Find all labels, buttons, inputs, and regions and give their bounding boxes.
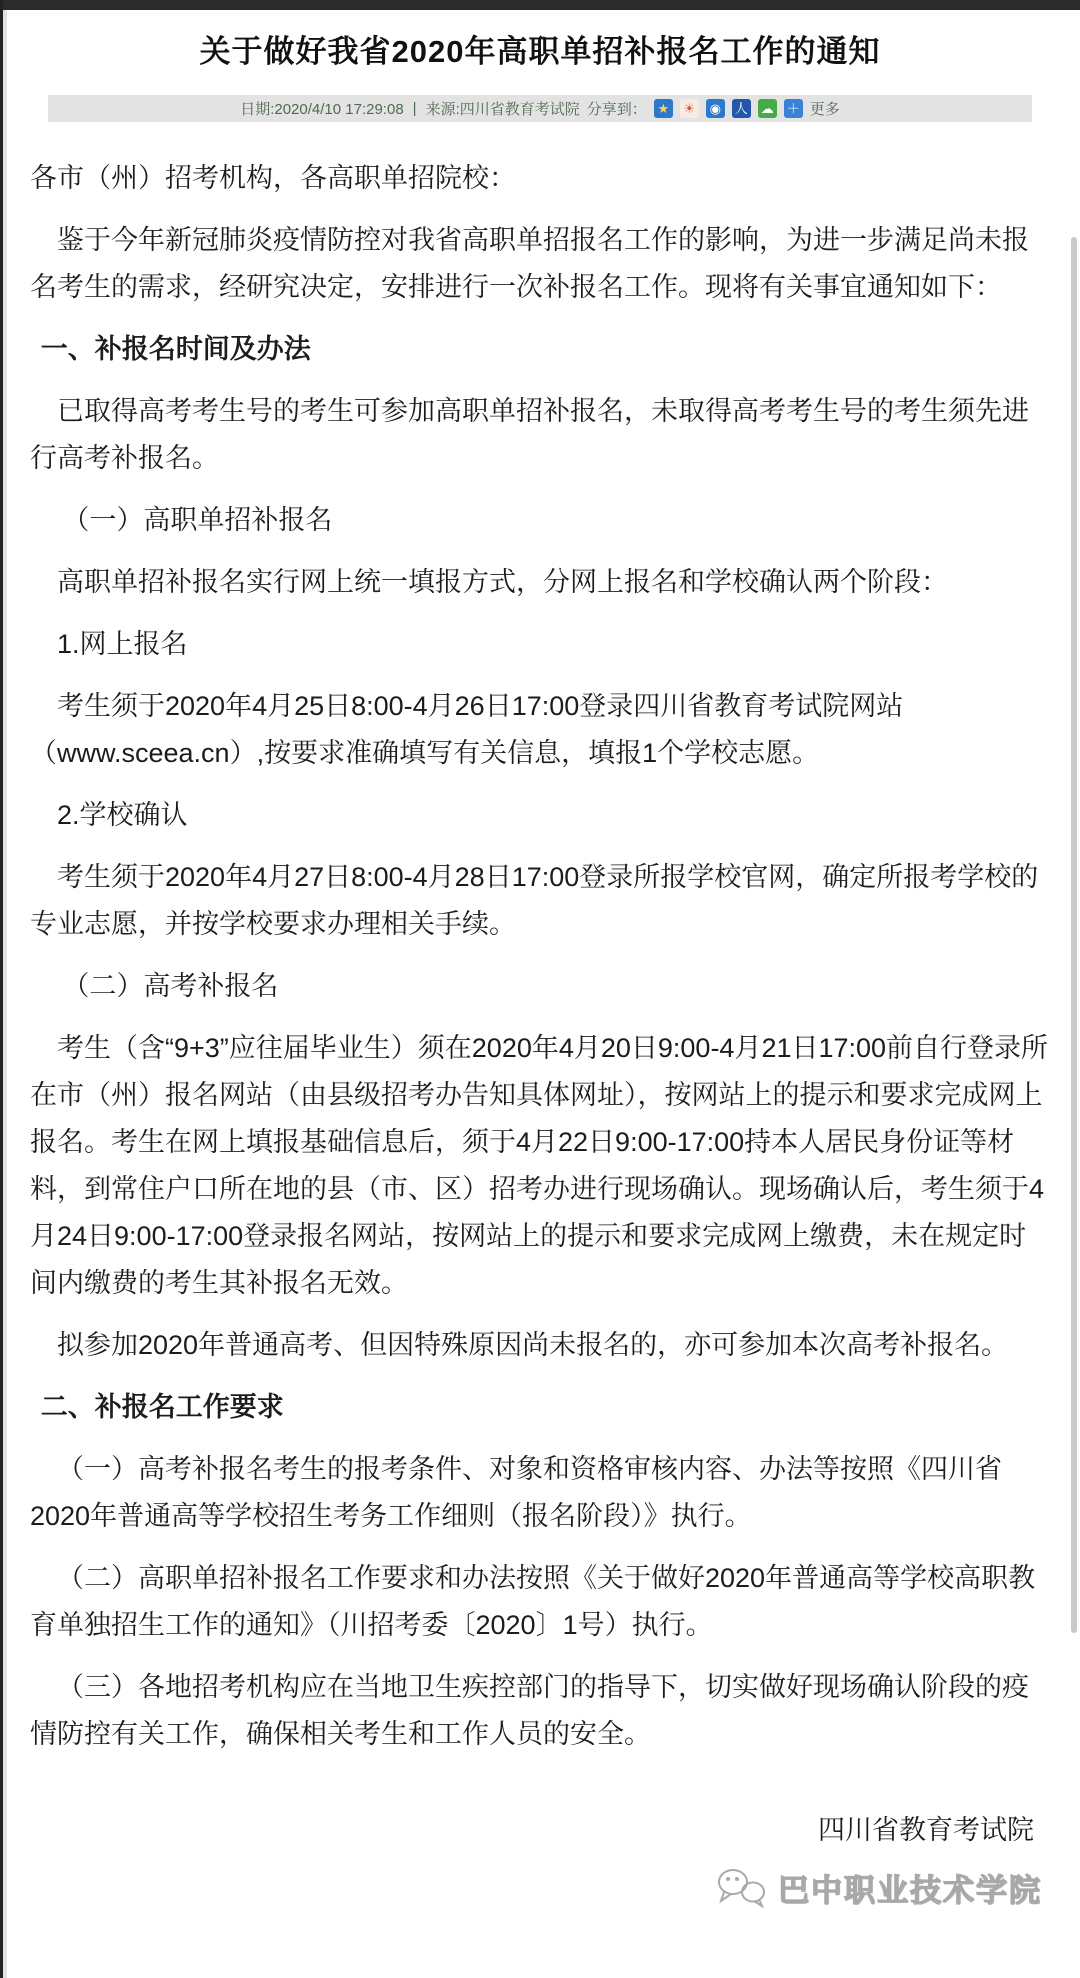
meta-bar: 日期:2020/4/10 17:29:08 | 来源:四川省教育考试院 分享到：… xyxy=(48,95,1032,122)
notice-paragraph: （三）各地招考机构应在当地卫生疾控部门的指导下，切实做好现场确认阶段的疫情防控有… xyxy=(30,1664,1050,1758)
notice-body: 各市（州）招考机构，各高职单招院校： 鉴于今年新冠肺炎疫情防控对我省高职单招报名… xyxy=(30,155,1050,1758)
source-label: 来源:四川省教育考试院 xyxy=(426,98,580,119)
notice-paragraph: 已取得高考考生号的考生可参加高职单招补报名，未取得高考考生号的考生须先进行高考补… xyxy=(30,388,1050,482)
page-title: 关于做好我省2020年高职单招补报名工作的通知 xyxy=(40,26,1040,71)
notice-page: 关于做好我省2020年高职单招补报名工作的通知 日期:2020/4/10 17:… xyxy=(0,26,1080,1910)
notice-paragraph: 考生须于2020年4月25日8:00-4月26日17:00登录四川省教育考试院网… xyxy=(30,683,1050,777)
chat-bubbles-icon xyxy=(714,1867,768,1909)
renren-share-icon[interactable]: 人 xyxy=(732,99,751,118)
section-heading-2: 二、补报名工作要求 xyxy=(30,1384,1050,1431)
share-label: 分享到： xyxy=(587,98,647,119)
section-heading-1: 一、补报名时间及办法 xyxy=(30,326,1050,373)
more-share-label[interactable]: 更多 xyxy=(810,98,840,119)
screen-top-edge xyxy=(0,0,1080,10)
numbered-heading: 1.网上报名 xyxy=(30,621,1050,668)
subsection-heading: （二）高考补报名 xyxy=(30,963,1050,1010)
qzone-share-icon[interactable]: ★ xyxy=(654,99,673,118)
tencent-weibo-share-icon[interactable]: ◉ xyxy=(706,99,725,118)
notice-paragraph: （二）高职单招补报名工作要求和办法按照《关于做好2020年普通高等学校高职教育单… xyxy=(30,1555,1050,1649)
notice-paragraph: （一）高考补报名考生的报考条件、对象和资格审核内容、办法等按照《四川省2020年… xyxy=(30,1446,1050,1540)
numbered-heading: 2.学校确认 xyxy=(30,792,1050,839)
notice-salutation: 各市（州）招考机构，各高职单招院校： xyxy=(30,155,1050,202)
notice-paragraph: 高职单招补报名实行网上统一填报方式，分网上报名和学校确认两个阶段： xyxy=(30,559,1050,606)
date-label: 日期:2020/4/10 17:29:08 xyxy=(240,98,403,119)
watermark-text: 巴中职业技术学院 xyxy=(778,1865,1042,1910)
wechat-share-icon[interactable]: ☁ xyxy=(758,99,777,118)
scrollbar-thumb[interactable] xyxy=(1071,237,1077,1633)
watermark: 巴中职业技术学院 xyxy=(30,1865,1042,1910)
meta-separator: | xyxy=(413,100,417,117)
notice-paragraph: 考生（含“9+3”应往届毕业生）须在2020年4月20日9:00-4月21日17… xyxy=(30,1025,1050,1307)
more-share-icon[interactable]: ＋ xyxy=(784,99,803,118)
subsection-heading: （一）高职单招补报名 xyxy=(30,497,1050,544)
notice-paragraph: 考生须于2020年4月27日8:00-4月28日17:00登录所报学校官网，确定… xyxy=(30,854,1050,948)
notice-paragraph: 鉴于今年新冠肺炎疫情防控对我省高职单招报名工作的影响，为进一步满足尚未报名考生的… xyxy=(30,217,1050,311)
weibo-share-icon[interactable]: ☀ xyxy=(680,99,699,118)
signature: 四川省教育考试院 xyxy=(30,1808,1034,1847)
notice-paragraph: 拟参加2020年普通高考、但因特殊原因尚未报名的，亦可参加本次高考补报名。 xyxy=(30,1322,1050,1369)
